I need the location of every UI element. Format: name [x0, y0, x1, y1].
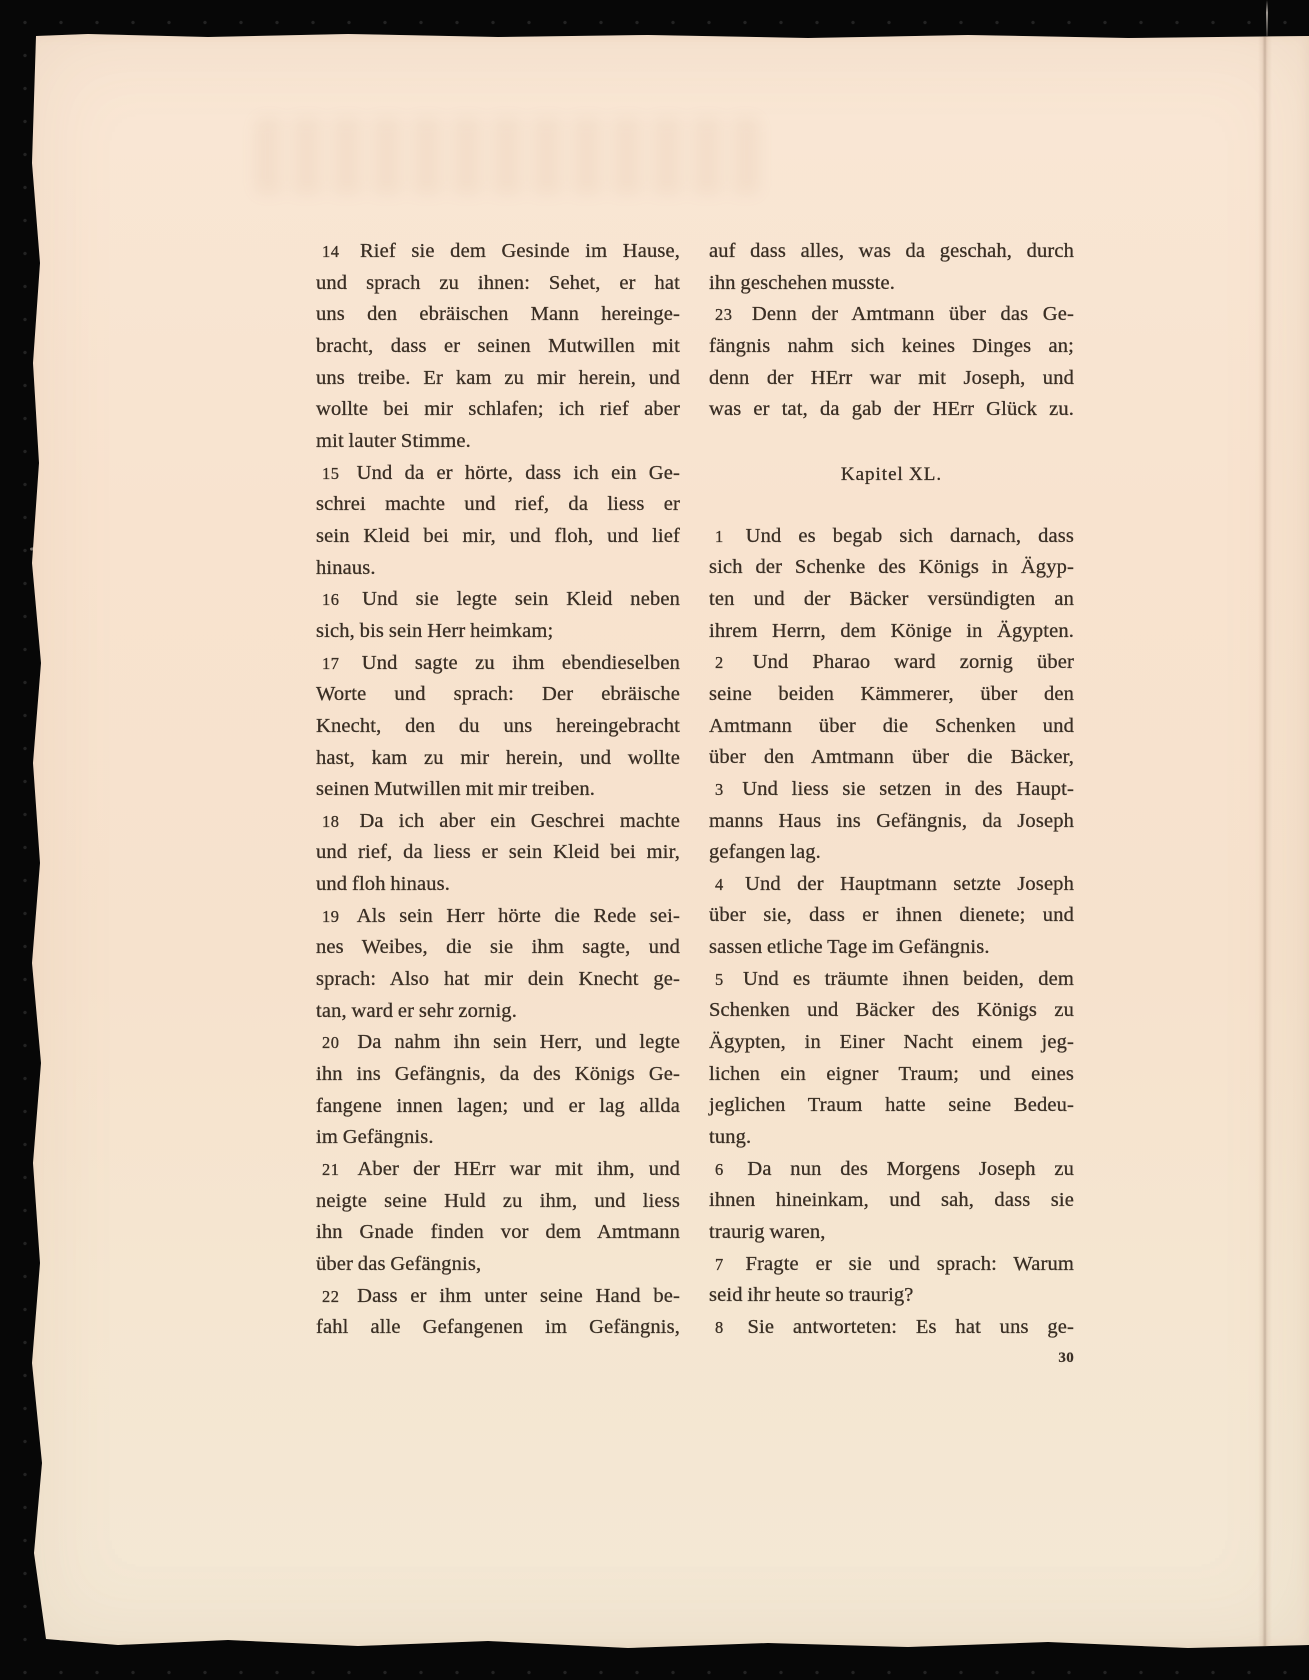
verse-line: neigte seine Huld zu ihm, und liess [316, 1186, 680, 1218]
verse-line: seinen Mutwillen mit mir treiben. [316, 774, 680, 806]
verse-line: 17 Und sagte zu ihm ebendieselben [316, 648, 680, 680]
verse-number: 6 [715, 1160, 729, 1179]
verse-number: 1 [715, 527, 729, 546]
verse-number: 20 [322, 1033, 344, 1052]
verse-line: 15 Und da er hörte, dass ich ein Ge- [316, 458, 680, 490]
verse-number: 21 [322, 1160, 344, 1179]
verse-number: 14 [322, 242, 344, 261]
verse-number: 5 [715, 970, 729, 989]
verse-line: und sprach zu ihnen: Sehet, er hat [316, 268, 680, 300]
show-through-ghost [255, 118, 760, 194]
text-column-left: 14 Rief sie dem Gesinde im Hause,und spr… [316, 236, 680, 1344]
verse-line: und rief, da liess er sein Kleid bei mir… [316, 837, 680, 869]
verse-line: sich, bis sein Herr heimkam; [316, 616, 680, 648]
verse-line: 2 Und Pharao ward zornig über [709, 647, 1074, 679]
verse-line: 4 Und der Hauptmann setzte Joseph [709, 869, 1074, 901]
verse-line: ihn ins Gefängnis, da des Königs Ge- [316, 1059, 680, 1091]
verse-line: Knecht, den du uns hereingebracht [316, 711, 680, 743]
verse-line: tung. [709, 1122, 1074, 1154]
verse-number: 2 [715, 653, 729, 672]
verse-number: 19 [322, 907, 344, 926]
verse-line: 23 Denn der Amtmann über das Ge- [709, 299, 1074, 331]
verse-number: 23 [715, 305, 737, 324]
verse-line: 21 Aber der HErr war mit ihm, und [316, 1154, 680, 1186]
verse-line: fahl alle Gefangenen im Gefängnis, [316, 1312, 680, 1344]
verse-line: im Gefängnis. [316, 1122, 680, 1154]
adjacent-page-edge [1266, 0, 1268, 36]
verse-line: auf dass alles, was da geschah, durch [709, 236, 1074, 268]
verse-number: 17 [322, 654, 344, 673]
verse-line: ihrem Herrn, dem Könige in Ägypten. [709, 616, 1074, 648]
verse-line: Amtmann über die Schenken und [709, 711, 1074, 743]
verse-line: lichen ein eigner Traum; und eines [709, 1059, 1074, 1091]
verse-line: was er tat, da gab der HErr Glück zu. [709, 394, 1074, 426]
verse-line: manns Haus ins Gefängnis, da Joseph [709, 806, 1074, 838]
verse-number: 22 [322, 1287, 344, 1306]
scanner-bed-background: 14 Rief sie dem Gesinde im Hause,und spr… [0, 0, 1309, 1680]
verse-line: 8 Sie antworteten: Es hat uns ge- [709, 1312, 1074, 1344]
verse-line: denn der HErr war mit Joseph, und [709, 363, 1074, 395]
verse-line: 1 Und es begab sich darnach, dass [709, 521, 1074, 553]
verse-line: bracht, dass er seinen Mutwillen mit [316, 331, 680, 363]
verse-line: 22 Dass er ihm unter seine Hand be- [316, 1281, 680, 1313]
verse-line: ihnen hineinkam, und sah, dass sie [709, 1185, 1074, 1217]
verse-line: sich der Schenke des Königs in Ägyp- [709, 552, 1074, 584]
verse-line: ihn Gnade finden vor dem Amtmann [316, 1217, 680, 1249]
verse-line: tan, ward er sehr zornig. [316, 996, 680, 1028]
verse-line: 19 Als sein Herr hörte die Rede sei- [316, 901, 680, 933]
verse-line: hast, kam zu mir herein, und wollte [316, 743, 680, 775]
verse-line: sassen etliche Tage im Gefängnis. [709, 932, 1074, 964]
verse-line: ihn geschehen musste. [709, 268, 1074, 300]
verse-line: 6 Da nun des Morgens Joseph zu [709, 1154, 1074, 1186]
book-page: 14 Rief sie dem Gesinde im Hause,und spr… [28, 33, 1309, 1648]
verse-line: 16 Und sie legte sein Kleid neben [316, 584, 680, 616]
text-column-right: auf dass alles, was da geschah, durchihn… [709, 236, 1074, 1344]
verse-line: über den Amtmann über die Bäcker, [709, 742, 1074, 774]
verse-line: 5 Und es träumte ihnen beiden, dem [709, 964, 1074, 996]
verse-number: 8 [715, 1318, 729, 1337]
verse-line: 7 Fragte er sie und sprach: Warum [709, 1249, 1074, 1281]
verse-line: Schenken und Bäcker des Königs zu [709, 995, 1074, 1027]
verse-line: sein Kleid bei mir, und floh, und lief [316, 521, 680, 553]
verse-line: fängnis nahm sich keines Dinges an; [709, 331, 1074, 363]
verse-line: nes Weibes, die sie ihm sagte, und [316, 932, 680, 964]
verse-line: 14 Rief sie dem Gesinde im Hause, [316, 236, 680, 268]
verse-number: 18 [322, 812, 344, 831]
page-gutter-strip [1268, 33, 1309, 1648]
verse-line: 3 Und liess sie setzen in des Haupt- [709, 774, 1074, 806]
verse-line: uns treibe. Er kam zu mir herein, und [316, 363, 680, 395]
verse-line: ten und der Bäcker versündigten an [709, 584, 1074, 616]
verse-line: wollte bei mir schlafen; ich rief aber [316, 394, 680, 426]
verse-line: 20 Da nahm ihn sein Herr, und legte [316, 1027, 680, 1059]
verse-line: jeglichen Traum hatte seine Bedeu- [709, 1090, 1074, 1122]
verse-line: mit lauter Stimme. [316, 426, 680, 458]
verse-line: 18 Da ich aber ein Geschrei machte [316, 806, 680, 838]
verse-line: traurig waren, [709, 1217, 1074, 1249]
verse-line: hinaus. [316, 553, 680, 585]
verse-number: 16 [322, 590, 344, 609]
verse-line: uns den ebräischen Mann hereinge- [316, 299, 680, 331]
verse-number: 15 [322, 464, 344, 483]
verse-line: schrei machte und rief, da liess er [316, 489, 680, 521]
verse-line: seid ihr heute so traurig? [709, 1280, 1074, 1312]
verse-line: über sie, dass er ihnen dienete; und [709, 900, 1074, 932]
verse-line: sprach: Also hat mir dein Knecht ge- [316, 964, 680, 996]
verse-line: Ägypten, in Einer Nacht einem jeg- [709, 1027, 1074, 1059]
verse-line: gefangen lag. [709, 837, 1074, 869]
page-number: 30 [1020, 1350, 1074, 1367]
verse-line: fangene innen lagen; und er lag allda [316, 1091, 680, 1123]
chapter-heading: Kapitel XL. [709, 459, 1074, 491]
verse-line: über das Gefängnis, [316, 1249, 680, 1281]
verse-number: 7 [715, 1255, 729, 1274]
verse-number: 4 [715, 875, 729, 894]
verse-line: seine beiden Kämmerer, über den [709, 679, 1074, 711]
verse-line: und floh hinaus. [316, 869, 680, 901]
verse-line: Worte und sprach: Der ebräische [316, 679, 680, 711]
verse-number: 3 [715, 780, 729, 799]
